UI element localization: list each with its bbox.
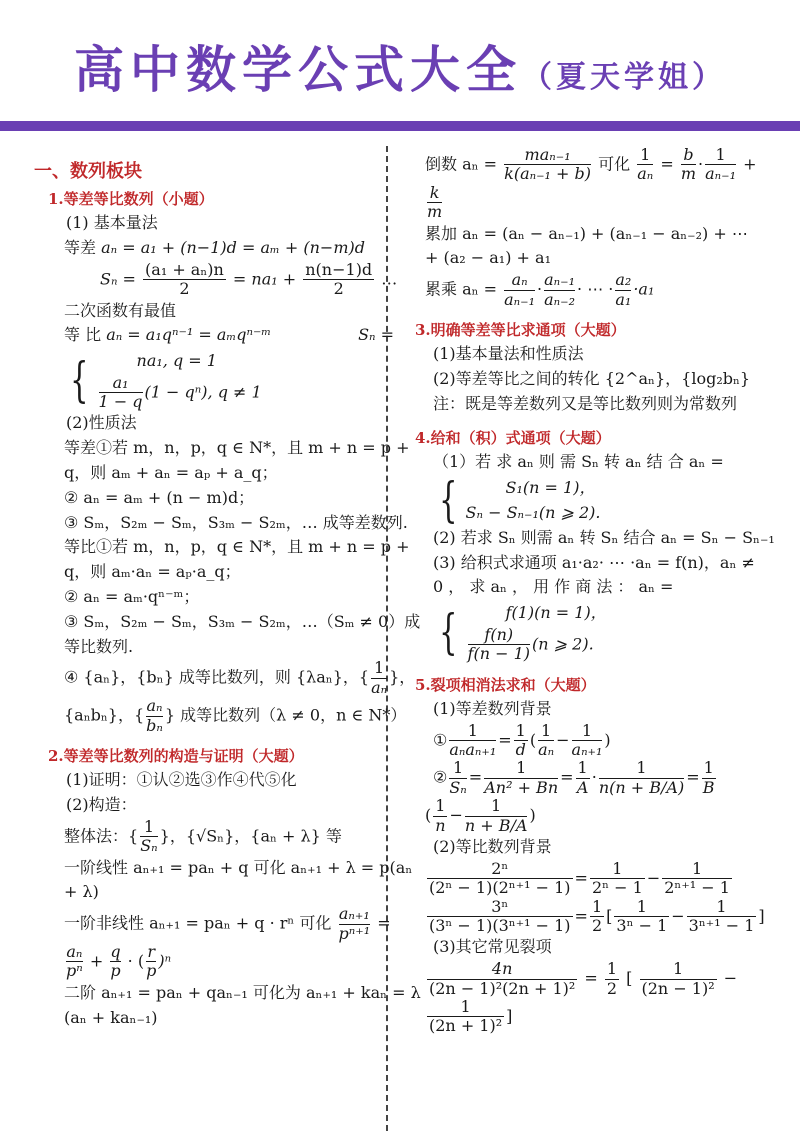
title-main: 高中数学公式大全: [74, 40, 522, 99]
formula-line: 4n(2n − 1)²(2n + 1)² = 12 [ 1(2n − 1)² −: [425, 960, 795, 998]
formula-line: (1n−1n + B/A): [425, 797, 795, 835]
formula-line: 0 ， 求 aₙ ， 用 作 商 法 ： aₙ =: [433, 575, 795, 600]
text-line: (2)性质法: [66, 411, 375, 436]
piecewise-formula: { S₁(n = 1)，Sₙ − Sₙ₋₁(n ⩾ 2).: [433, 475, 601, 526]
formula-line: (aₙ + kaₙ₋₁): [64, 1006, 375, 1031]
subsection-heading: 1.等差等比数列（小题）: [48, 188, 375, 211]
formula-line: 整体法：{1Sₙ}，{√Sₙ}，{aₙ + λ} 等: [64, 818, 375, 856]
formula-line: 累乘 aₙ = aₙaₙ₋₁·aₙ₋₁aₙ₋₂· ⋯ ·a₂a₁·a₁: [425, 271, 795, 309]
text-line: 注：既是等差数列又是等比数列则为常数列: [433, 392, 795, 417]
piecewise-formula: { f(1)(n = 1)，f(n)f(n − 1)(n ⩾ 2).: [433, 600, 607, 663]
formula-line: 一阶线性 aₙ₊₁ = paₙ + q 可化 aₙ₊₁ + λ = p(aₙ: [64, 856, 375, 881]
fraction: (a₁ + aₙ)n2: [143, 261, 226, 299]
subsection-heading: 4.给和（积）式通项（大题）: [415, 427, 795, 450]
formula-line: 倒数 aₙ = maₙ₋₁k(aₙ₋₁ + b) 可化 1aₙ = bm·1aₙ…: [425, 146, 795, 184]
formula-line: ④ {aₙ}，{bₙ} 成等比数列，则 {λaₙ}，{1aₙ}，: [64, 659, 375, 697]
formula-line: 3ⁿ(3ⁿ − 1)(3ⁿ⁺¹ − 1)=12[13ⁿ − 1−13ⁿ⁺¹ − …: [425, 898, 795, 936]
subsection-heading: 2.等差等比数列的构造与证明（大题）: [48, 745, 375, 768]
formula-line: (2) 若求 Sₙ 则需 aₙ 转 Sₙ 结合 aₙ = Sₙ − Sₙ₋₁: [433, 526, 795, 551]
text-line: (2)等差等比之间的转化 {2^aₙ}，{log₂bₙ}: [433, 367, 795, 392]
formula-line: ①1aₙaₙ₊₁=1d(1aₙ−1aₙ₊₁): [433, 722, 795, 760]
formula-line: （1）若 求 aₙ 则 需 Sₙ 转 aₙ 结 合 aₙ =: [433, 450, 795, 475]
formula-line: {aₙbₙ}，{aₙbₙ} 成等比数列（λ ≠ 0，n ∈ N*）: [64, 697, 375, 735]
text-line: (3)其它常见裂项: [433, 935, 795, 960]
text-line: (1) 基本量法: [66, 211, 375, 236]
formula-line: 等差 aₙ = a₁ + (n−1)d = aₘ + (n−m)d: [64, 236, 375, 261]
property-line: ② aₙ = aₘ + (n − m)d；: [64, 486, 375, 511]
formula-line: + λ): [64, 880, 375, 905]
property-line: ③ Sₘ，S₂ₘ − Sₘ，S₃ₘ − S₂ₘ，… 成等差数列.: [64, 511, 375, 536]
subsection-heading: 3.明确等差等比求通项（大题）: [415, 319, 795, 342]
text-line: (2)构造：: [66, 793, 375, 818]
page-title: 高中数学公式大全（夏天学姐）: [0, 30, 800, 102]
formula-line: 累加 aₙ = (aₙ − aₙ₋₁) + (aₙ₋₁ − aₙ₋₂) + ⋯: [425, 222, 795, 247]
formula-line: 等 比 aₙ = a₁qⁿ⁻¹ = aₘqⁿ⁻ᵐSₙ =: [64, 323, 394, 348]
piecewise-formula: { na₁, q = 1 a₁1 − q(1 − qⁿ), q ≠ 1: [64, 348, 262, 411]
property-line: q，则 aₘ·aₙ = aₚ·a_q；: [64, 560, 375, 585]
title-author: （夏天学姐）: [522, 60, 726, 95]
formula-line: ②1Sₙ=1An² + Bn=1A·1n(n + B/A)=1B: [433, 759, 795, 797]
property-line: ③ Sₘ，S₂ₘ − Sₘ，S₃ₘ − S₂ₘ，…（Sₘ ≠ 0）成: [64, 610, 375, 635]
title-divider-bar: [0, 121, 800, 131]
text-line: (1)证明：①认②选③作④代⑤化: [66, 768, 375, 793]
formula-line: 一阶非线性 aₙ₊₁ = paₙ + q · rⁿ 可化 aₙ₊₁pⁿ⁺¹ =: [64, 905, 375, 943]
text-line: 二次函数有最值: [64, 299, 375, 324]
formula-line: Sₙ = (a₁ + aₙ)n2 = na₁ + n(n−1)d2 …: [100, 261, 375, 299]
fraction: n(n−1)d2: [303, 261, 374, 299]
subsection-heading: 5.裂项相消法求和（大题）: [415, 674, 795, 697]
formula-line: km: [425, 184, 795, 222]
left-column: 一、数列板块 1.等差等比数列（小题） (1) 基本量法 等差 aₙ = a₁ …: [30, 140, 375, 1030]
formula-line: 1(2n + 1)²]: [425, 998, 795, 1036]
formula-line: (3) 给积式求通项 a₁·a₂· ⋯ ·aₙ = f(n)，aₙ ≠: [433, 551, 795, 576]
text-line: (2)等比数列背景: [433, 835, 795, 860]
right-column: 倒数 aₙ = maₙ₋₁k(aₙ₋₁ + b) 可化 1aₙ = bm·1aₙ…: [425, 140, 795, 1036]
formula-line: 2ⁿ(2ⁿ − 1)(2ⁿ⁺¹ − 1)=12ⁿ − 1−12ⁿ⁺¹ − 1: [425, 860, 795, 898]
text-line: (1)等差数列背景: [433, 697, 795, 722]
property-line: 等差①若 m，n，p，q ∈ N*，且 m + n = p +: [64, 436, 375, 461]
property-line: q，则 aₘ + aₙ = aₚ + a_q；: [64, 461, 375, 486]
formula-line: + (a₂ − a₁) + a₁: [425, 246, 795, 271]
text-line: (1)基本量法和性质法: [433, 342, 795, 367]
formula-line: aₙpⁿ + qp · (rp)ⁿ: [64, 943, 375, 981]
property-line: 等比数列.: [64, 635, 375, 660]
formula-line: 二阶 aₙ₊₁ = paₙ + qaₙ₋₁ 可化为 aₙ₊₁ + kaₙ = λ: [64, 981, 375, 1006]
property-line: ② aₙ = aₘ·qⁿ⁻ᵐ；: [64, 585, 375, 610]
section-heading: 一、数列板块: [34, 158, 375, 186]
property-line: 等比①若 m，n，p，q ∈ N*，且 m + n = p +: [64, 535, 375, 560]
